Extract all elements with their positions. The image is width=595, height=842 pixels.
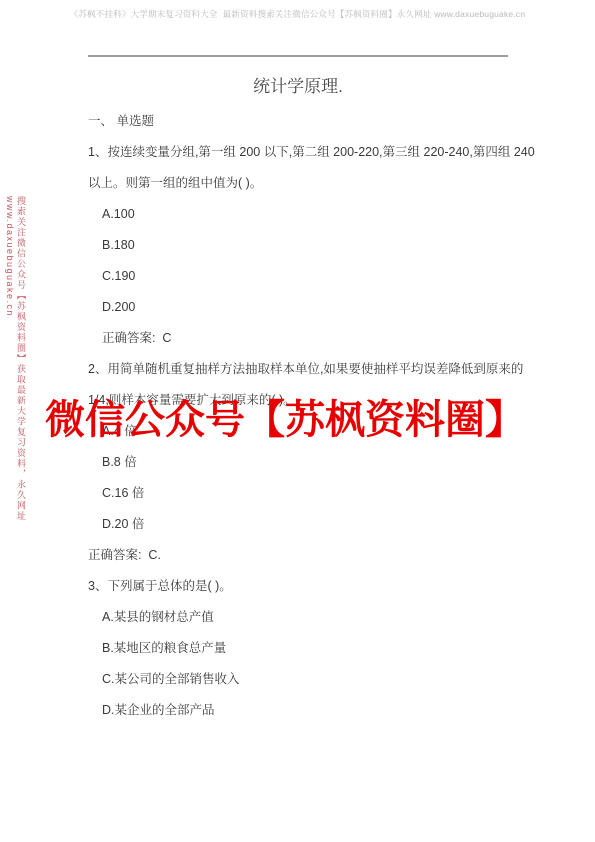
option-a: A.100 — [88, 208, 508, 221]
title-divider — [88, 55, 508, 57]
answer-line: 正确答案: C. — [88, 549, 508, 562]
option-c: C.16 倍 — [88, 487, 508, 500]
option-b: B.180 — [88, 239, 508, 252]
document-title: 统计学原理. — [88, 77, 508, 97]
watermark-overlay: 微信公众号【苏枫资料圈】 — [45, 398, 525, 442]
question-3: 3、下列属于总体的是( )。 A.某县的钢材总产值 B.某地区的粮食总产量 C.… — [88, 580, 508, 717]
option-d: D.某企业的全部产品 — [88, 704, 508, 717]
question-2: 2、用简单随机重复抽样方法抽取样本单位,如果要使抽样平均误差降低到原来的 1/4… — [88, 363, 508, 562]
section-heading: 一、 单选题 — [88, 115, 508, 128]
question-text-line: 以上。则第一组的组中值为( )。 — [88, 177, 508, 190]
option-a: A.某县的钢材总产值 — [88, 611, 508, 624]
option-b: B.某地区的粮食总产量 — [88, 642, 508, 655]
question-text-line: 1、按连续变量分组,第一组 200 以下,第二组 200-220,第三组 220… — [88, 146, 508, 159]
side-watermark-text: 搜索关注微信公众号【苏枫资料圈】获取最新大学复习资料，永久网址 www.daxu… — [5, 196, 28, 626]
answer-line: 正确答案: C — [88, 332, 508, 345]
option-c: C.某公司的全部销售收入 — [88, 673, 508, 686]
option-d: D.200 — [88, 301, 508, 314]
option-b: B.8 倍 — [88, 456, 508, 469]
document-body: 统计学原理. 一、 单选题 1、按连续变量分组,第一组 200 以下,第二组 2… — [88, 55, 508, 717]
option-c: C.190 — [88, 270, 508, 283]
question-text-line: 2、用简单随机重复抽样方法抽取样本单位,如果要使抽样平均误差降低到原来的 — [88, 363, 508, 376]
option-d: D.20 倍 — [88, 518, 508, 531]
document-page: 《苏枫不挂科》大学期末复习资料大全 最新资料搜索关注微信公众号【苏枫资料圈】永久… — [0, 0, 595, 842]
question-text-line: 3、下列属于总体的是( )。 — [88, 580, 508, 593]
question-1: 1、按连续变量分组,第一组 200 以下,第二组 200-220,第三组 220… — [88, 146, 508, 345]
page-header-text: 《苏枫不挂科》大学期末复习资料大全 最新资料搜索关注微信公众号【苏枫资料圈】永久… — [0, 8, 595, 20]
